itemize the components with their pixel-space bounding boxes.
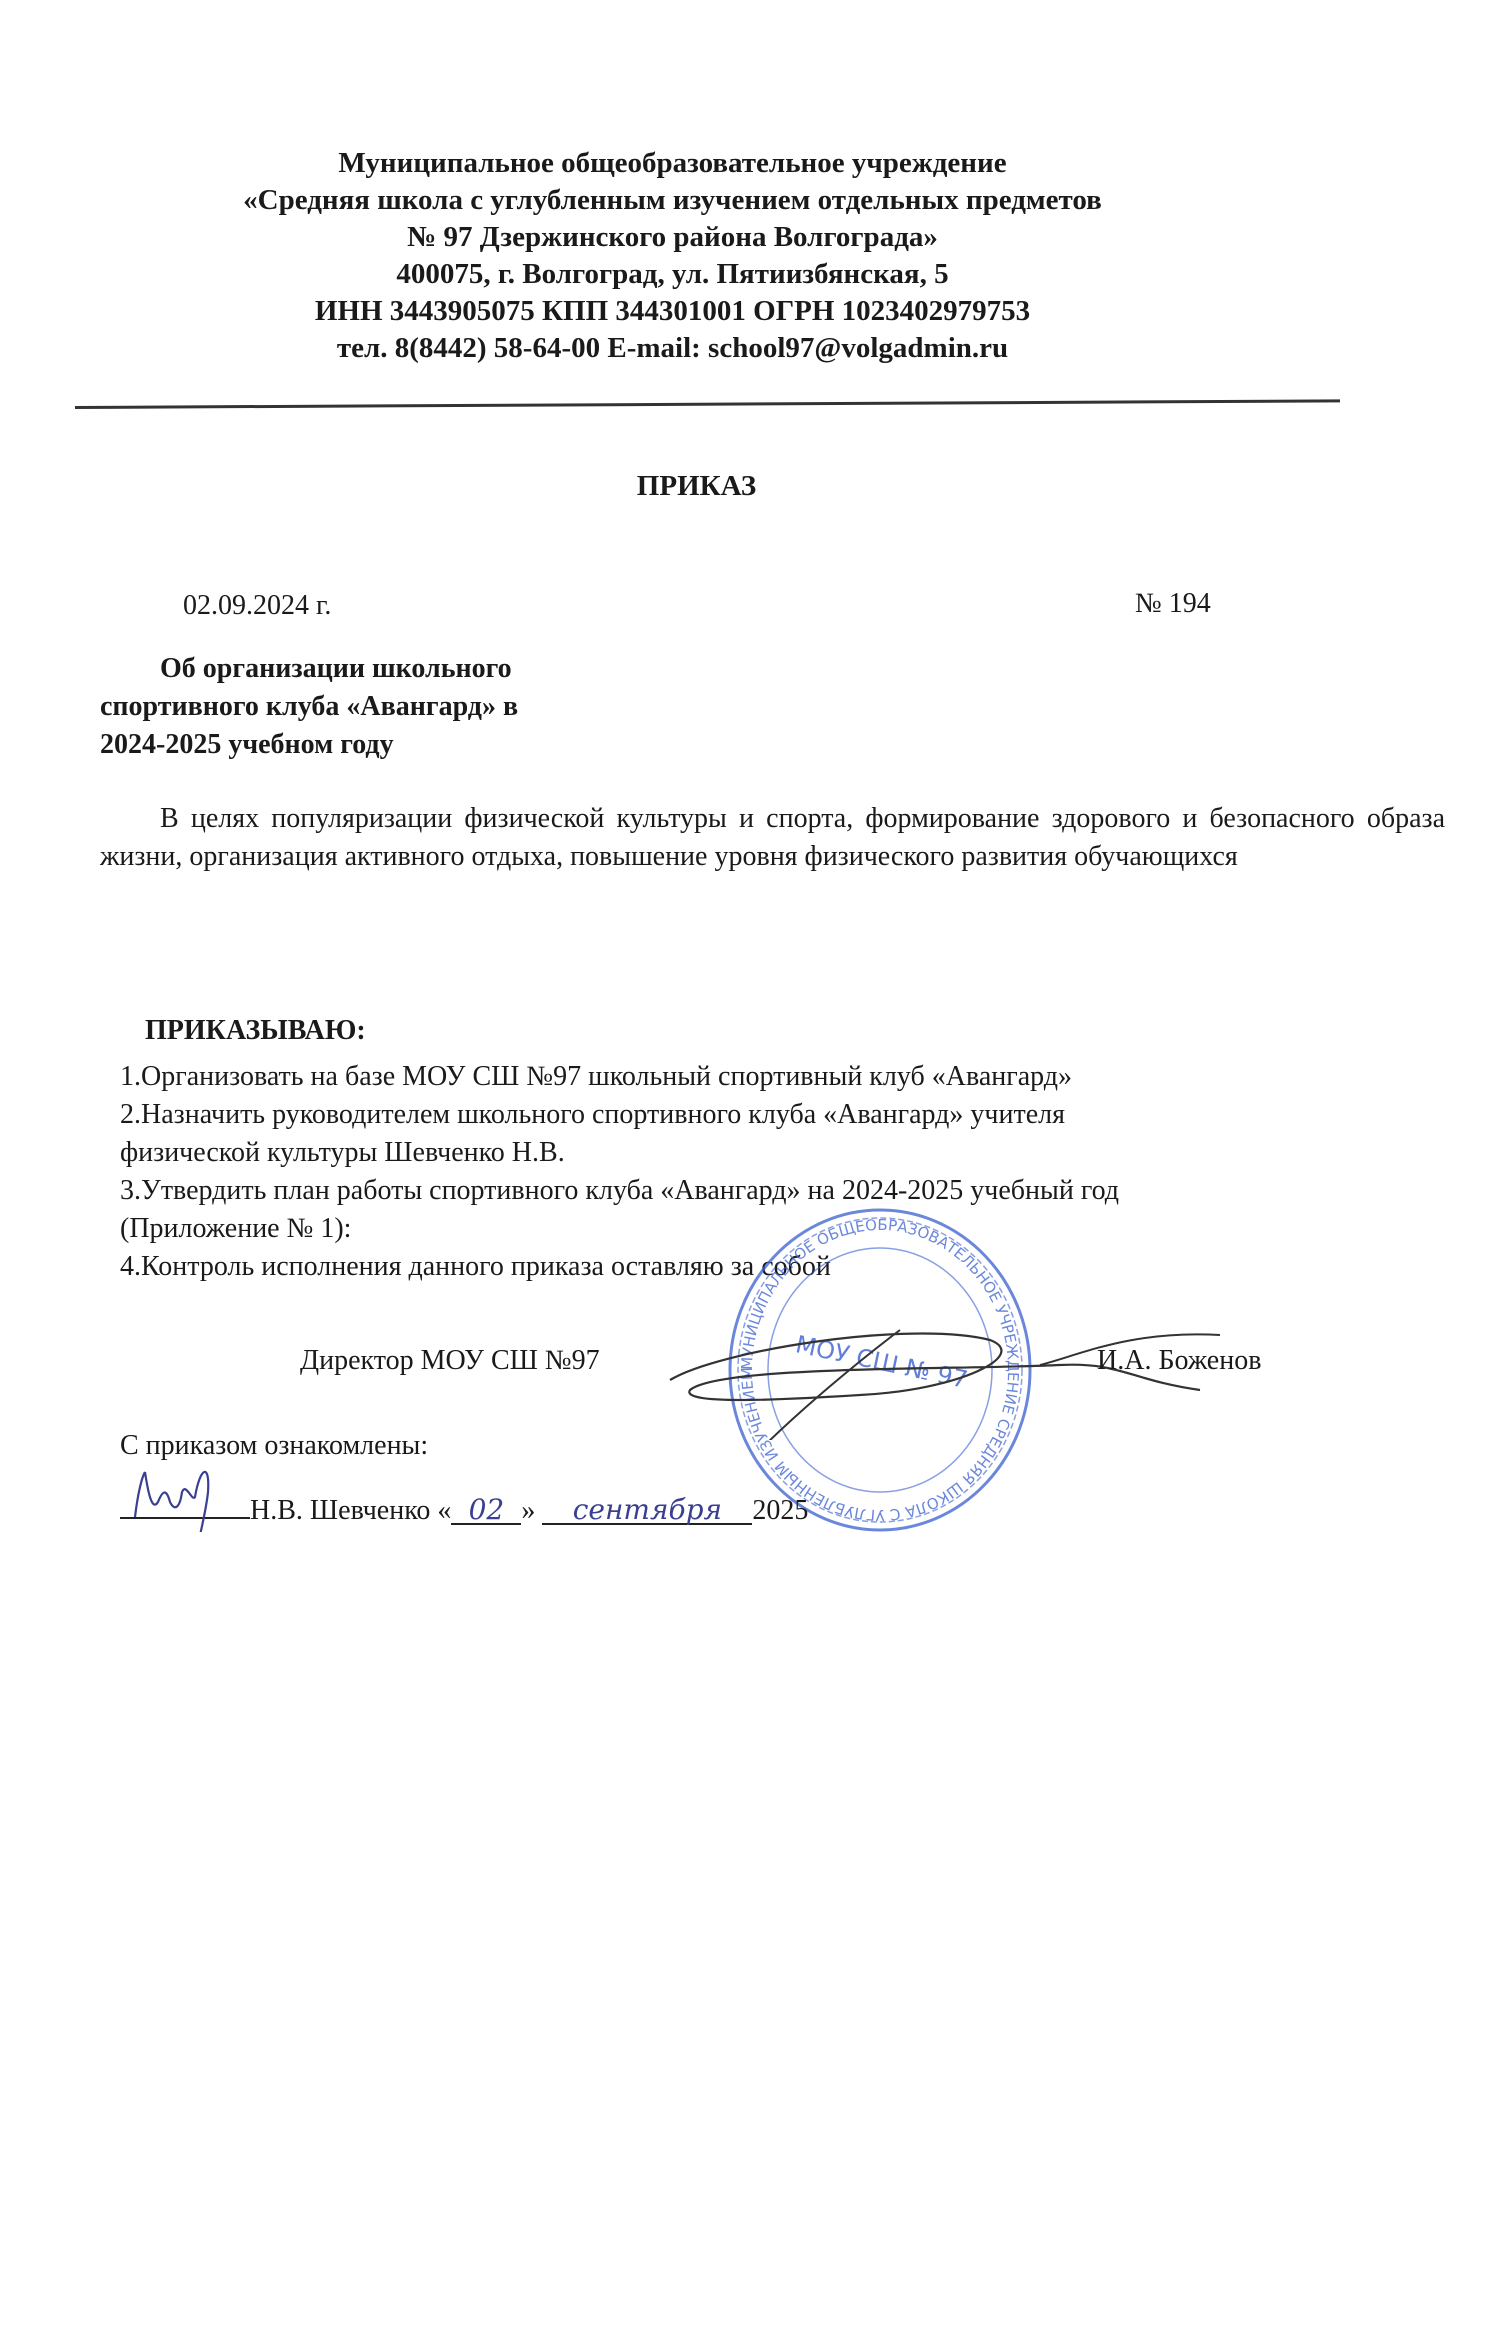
document-subject: Об организации школьного спортивного клу… (100, 650, 600, 764)
subject-line: Об организации школьного (100, 650, 600, 688)
preamble: В целях популяризации физической культур… (100, 800, 1445, 876)
day-field: 02 (451, 1493, 521, 1525)
acknowledgement-label: С приказом ознакомлены: (120, 1430, 428, 1462)
month-field: сентября (542, 1493, 752, 1525)
order-item-2: 2.Назначить руководителем школьного спор… (120, 1096, 1420, 1134)
employee-name: Н.В. Шевченко (250, 1495, 430, 1526)
director-signature-icon (660, 1320, 1220, 1440)
subject-line: 2024-2025 учебном году (100, 726, 600, 764)
order-item-2-cont: физической культуры Шевченко Н.В. (120, 1134, 1420, 1172)
letterhead-address: 400075, г. Волгоград, ул. Пятиизбянская,… (0, 256, 1345, 293)
close-quote: » (521, 1495, 535, 1526)
document-date: 02.09.2024 г. (183, 590, 331, 622)
document-title: ПРИКАЗ (0, 470, 1443, 503)
letterhead-school-district: № 97 Дзержинского района Волгограда» (0, 219, 1345, 256)
letterhead-school-name: «Средняя школа с углубленным изучением о… (0, 182, 1345, 219)
letterhead-tax-ids: ИНН 3443905075 КПП 344301001 ОГРН 102340… (0, 293, 1345, 330)
order-heading: ПРИКАЗЫВАЮ: (145, 1015, 366, 1047)
open-quote: « (437, 1495, 451, 1526)
letterhead-divider (75, 399, 1340, 409)
year: 2025 (752, 1495, 808, 1526)
document-number: № 194 (1135, 588, 1211, 620)
subject-line: спортивного клуба «Авангард» в (100, 688, 600, 726)
acknowledgement-row: Н.В. Шевченко «02» сентября2025 (120, 1487, 808, 1527)
order-item-1: 1.Организовать на базе МОУ СШ №97 школьн… (120, 1058, 1420, 1096)
letterhead-contacts: тел. 8(8442) 58-64-00 E-mail: school97@v… (0, 330, 1345, 367)
signatory-name: И.А. Боженов (1097, 1345, 1261, 1377)
preamble-text: В целях популяризации физической культур… (100, 800, 1445, 876)
signatory-role: Директор МОУ СШ №97 (300, 1345, 600, 1377)
letterhead-org-line: Муниципальное общеобразовательное учрежд… (0, 145, 1345, 182)
employee-signature-field (120, 1487, 250, 1519)
employee-signature-icon (120, 1462, 250, 1532)
